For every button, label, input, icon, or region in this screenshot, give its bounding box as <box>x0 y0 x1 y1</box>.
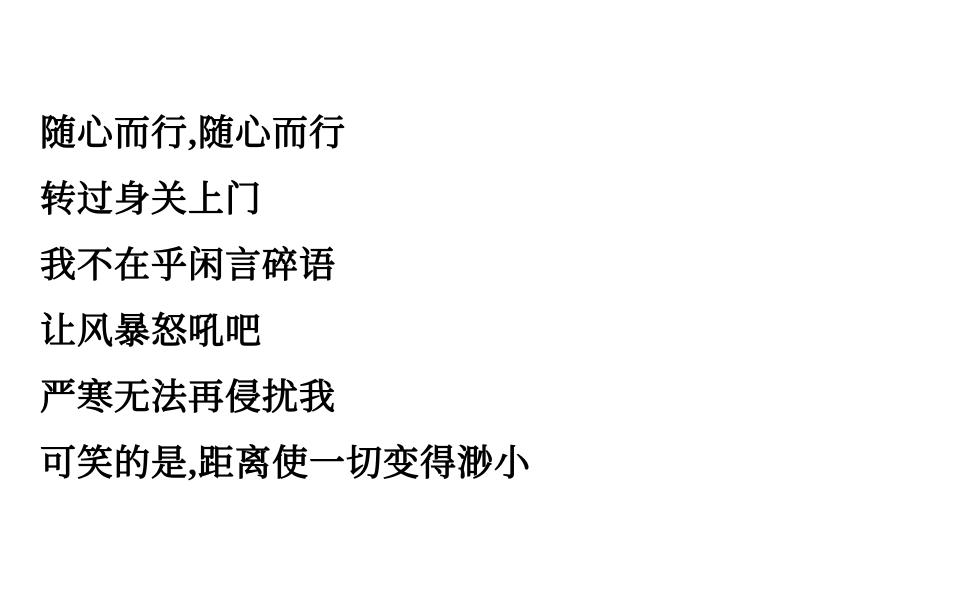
lyric-line-5: 严寒无法再侵扰我 <box>40 364 920 430</box>
lyric-line-4: 让风暴怒吼吧 <box>40 298 920 364</box>
lyric-line-1: 随心而行,随心而行 <box>40 100 920 166</box>
lyric-line-6: 可笑的是,距离使一切变得渺小 <box>40 430 920 496</box>
lyric-line-3: 我不在乎闲言碎语 <box>40 232 920 298</box>
lyric-line-2: 转过身关上门 <box>40 166 920 232</box>
lyrics-block: 随心而行,随心而行 转过身关上门 我不在乎闲言碎语 让风暴怒吼吧 严寒无法再侵扰… <box>40 100 920 496</box>
